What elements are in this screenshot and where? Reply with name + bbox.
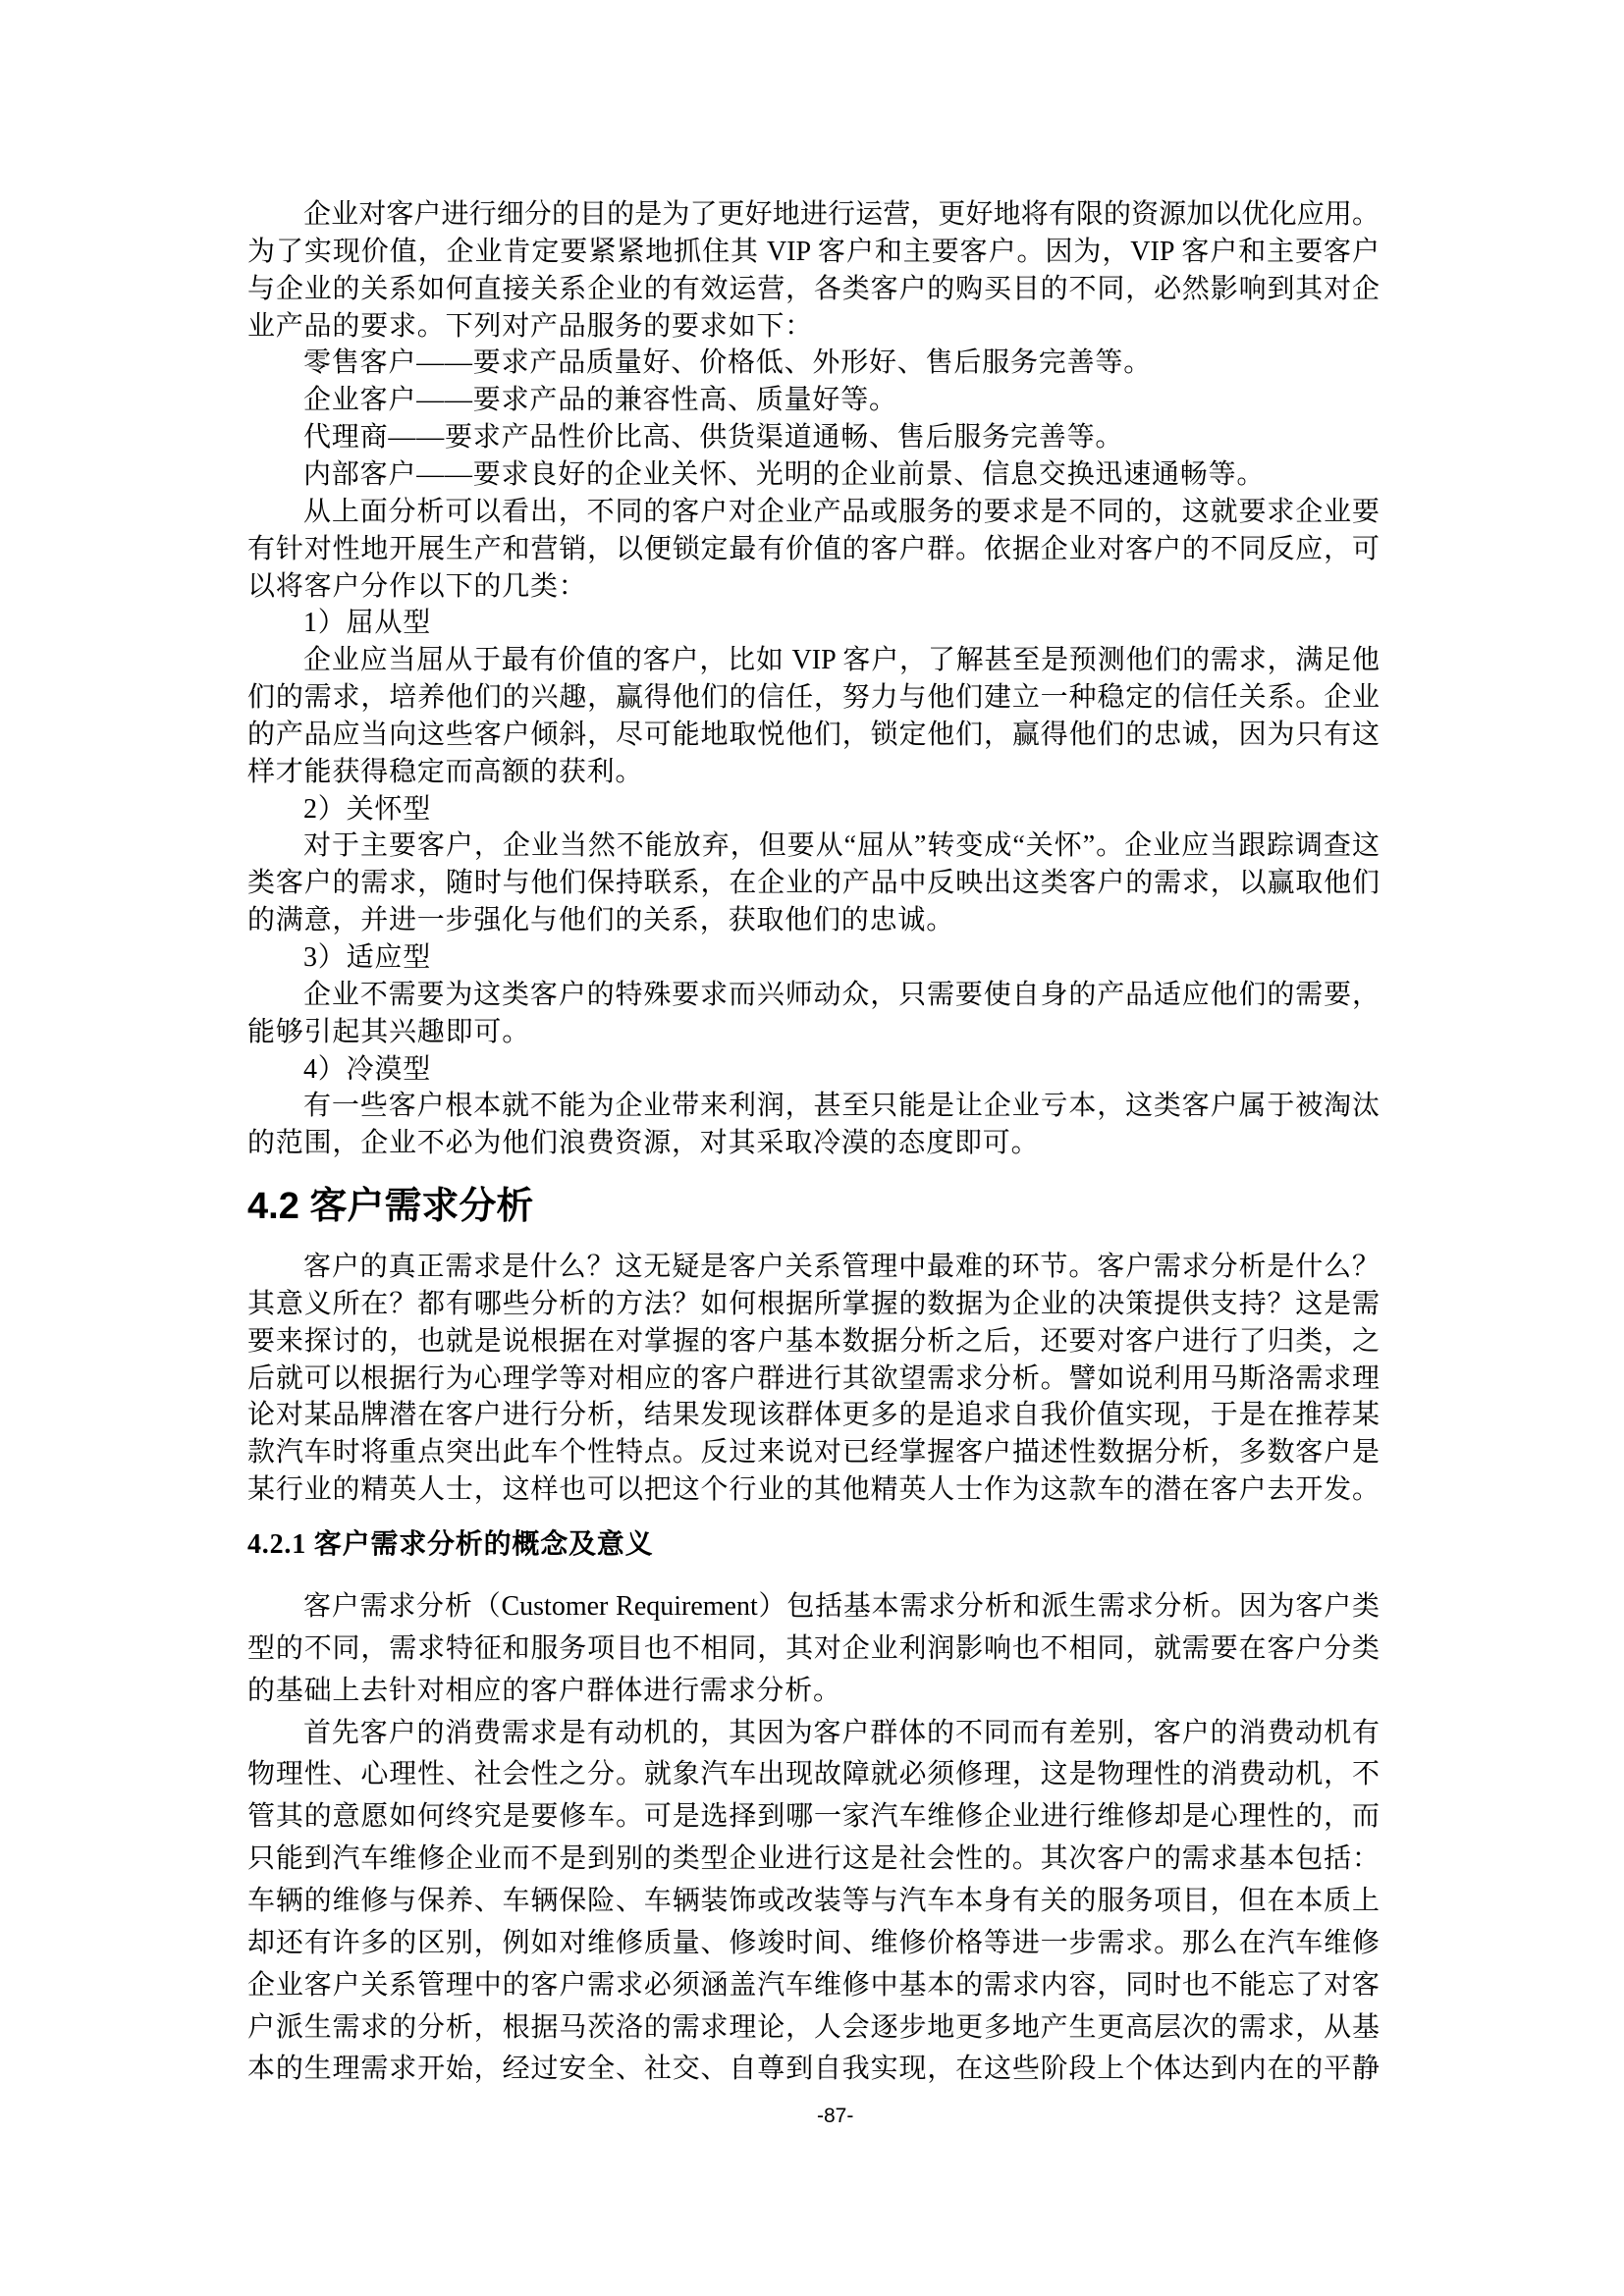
- text-line: 管其的意愿如何终究是要修车。可是选择到哪一家汽车维修企业进行维修却是心理性的，而: [247, 1801, 1380, 1833]
- text-line: 业产品的要求。下列对产品服务的要求如下：: [247, 311, 1380, 343]
- requirement-item-retail: 零售客户——要求产品质量好、价格低、外形好、售后服务完善等。: [247, 347, 1380, 379]
- text-line: 型的不同，需求特征和服务项目也不相同，其对企业利润影响也不相同，就需要在客户分类: [247, 1633, 1380, 1665]
- section-heading: 4.2 客户需求分析: [247, 1187, 533, 1226]
- text-line: 样才能获得稳定而高额的获利。: [247, 757, 1380, 788]
- text-line: 论对某品牌潜在客户进行分析，结果发现该群体更多的是追求自我价值实现，于是在推荐某: [247, 1400, 1380, 1431]
- text-line: 有一些客户根本就不能为企业带来利润，甚至只能是让企业亏本，这类客户属于被淘汰: [247, 1091, 1380, 1122]
- text-line: 款汽车时将重点突出此车个性特点。反过来说对已经掌握客户描述性数据分析，多数客户是: [247, 1437, 1380, 1468]
- text-line: 从上面分析可以看出，不同的客户对企业产品或服务的要求是不同的，这就要求企业要: [247, 497, 1380, 528]
- text-line: 的产品应当向这些客户倾斜，尽可能地取悦他们，锁定他们，赢得他们的忠诚，因为只有这: [247, 720, 1380, 751]
- text-line: 类客户的需求，随时与他们保持联系，在企业的产品中反映出这类客户的需求，以赢取他们: [247, 868, 1380, 899]
- text-line: 户派生需求的分析，根据马茨洛的需求理论，人会逐步地更多地产生更高层次的需求，从基: [247, 2012, 1380, 2044]
- requirement-item-agent: 代理商——要求产品性价比高、供货渠道通畅、售后服务完善等。: [247, 422, 1380, 454]
- text-line: 客户的真正需求是什么？这无疑是客户关系管理中最难的环节。客户需求分析是什么？: [247, 1252, 1380, 1283]
- text-line: 与企业的关系如何直接关系企业的有效运营，各类客户的购买目的不同，必然影响到其对企: [247, 274, 1380, 305]
- text-line: 企业不需要为这类客户的特殊要求而兴师动众，只需要使自身的产品适应他们的需要，: [247, 980, 1380, 1011]
- text-line: 某行业的精英人士，这样也可以把这个行业的其他精英人士作为这款车的潜在客户去开发。: [247, 1474, 1380, 1506]
- subsection-heading: 4.2.1 客户需求分析的概念及意义: [247, 1529, 653, 1561]
- text-line: 能够引起其兴趣即可。: [247, 1017, 1380, 1048]
- text-line: 有针对性地开展生产和营销，以便锁定最有价值的客户群。依据企业对客户的不同反应，可: [247, 534, 1380, 565]
- text-line: 们的需求，培养他们的兴趣，赢得他们的信任，努力与他们建立一种稳定的信任关系。企业: [247, 682, 1380, 714]
- text-line: 的基础上去针对相应的客户群体进行需求分析。: [247, 1676, 1380, 1707]
- text-line: 客户需求分析（Customer Requirement）包括基本需求分析和派生需…: [247, 1591, 1380, 1623]
- text-line: 后就可以根据行为心理学等对相应的客户群进行其欲望需求分析。譬如说利用马斯洛需求理: [247, 1363, 1380, 1395]
- document-page: 企业对客户进行细分的目的是为了更好地进行运营，更好地将有限的资源加以优化应用。 …: [0, 0, 1624, 2296]
- text-line: 本的生理需求开始，经过安全、社交、自尊到自我实现，在这些阶段上个体达到内在的平静: [247, 2054, 1380, 2085]
- text-line: 的满意，并进一步强化与他们的关系，获取他们的忠诚。: [247, 905, 1380, 936]
- page-number: -87-: [817, 2105, 853, 2128]
- customer-type-label: 2）关怀型: [247, 794, 1380, 826]
- customer-type-label: 1）屈从型: [247, 608, 1380, 639]
- text-line: 企业客户关系管理中的客户需求必须涵盖汽车维修中基本的需求内容，同时也不能忘了对客: [247, 1970, 1380, 2002]
- text-line: 以将客户分作以下的几类：: [247, 571, 1380, 603]
- text-line: 为了实现价值，企业肯定要紧紧地抓住其 VIP 客户和主要客户。因为，VIP 客户…: [247, 237, 1380, 268]
- text-line: 企业应当屈从于最有价值的客户，比如 VIP 客户，了解甚至是预测他们的需求，满足…: [247, 645, 1380, 676]
- text-line: 首先客户的消费需求是有动机的，其因为客户群体的不同而有差别，客户的消费动机有: [247, 1718, 1380, 1749]
- text-line: 要来探讨的，也就是说根据在对掌握的客户基本数据分析之后，还要对客户进行了归类，之: [247, 1326, 1380, 1358]
- requirement-item-enterprise: 企业客户——要求产品的兼容性高、质量好等。: [247, 385, 1380, 416]
- text-line: 物理性、心理性、社会性之分。就象汽车出现故障就必须修理，这是物理性的消费动机，不: [247, 1759, 1380, 1790]
- text-line: 企业对客户进行细分的目的是为了更好地进行运营，更好地将有限的资源加以优化应用。: [247, 199, 1380, 231]
- text-line: 却还有许多的区别，例如对维修质量、修竣时间、维修价格等进一步需求。那么在汽车维修: [247, 1928, 1380, 1959]
- customer-type-label: 3）适应型: [247, 942, 1380, 974]
- text-line: 其意义所在？都有哪些分析的方法？如何根据所掌握的数据为企业的决策提供支持？这是需: [247, 1289, 1380, 1320]
- text-line: 的范围，企业不必为他们浪费资源，对其采取冷漠的态度即可。: [247, 1128, 1380, 1159]
- text-line: 对于主要客户，企业当然不能放弃，但要从“屈从”转变成“关怀”。企业应当跟踪调查这: [247, 830, 1380, 862]
- requirement-item-internal: 内部客户——要求良好的企业关怀、光明的企业前景、信息交换迅速通畅等。: [247, 459, 1380, 491]
- text-line: 只能到汽车维修企业而不是到别的类型企业进行这是社会性的。其次客户的需求基本包括：: [247, 1843, 1380, 1875]
- text-line: 车辆的维修与保养、车辆保险、车辆装饰或改装等与汽车本身有关的服务项目，但在本质上: [247, 1886, 1380, 1917]
- customer-type-label: 4）冷漠型: [247, 1054, 1380, 1086]
